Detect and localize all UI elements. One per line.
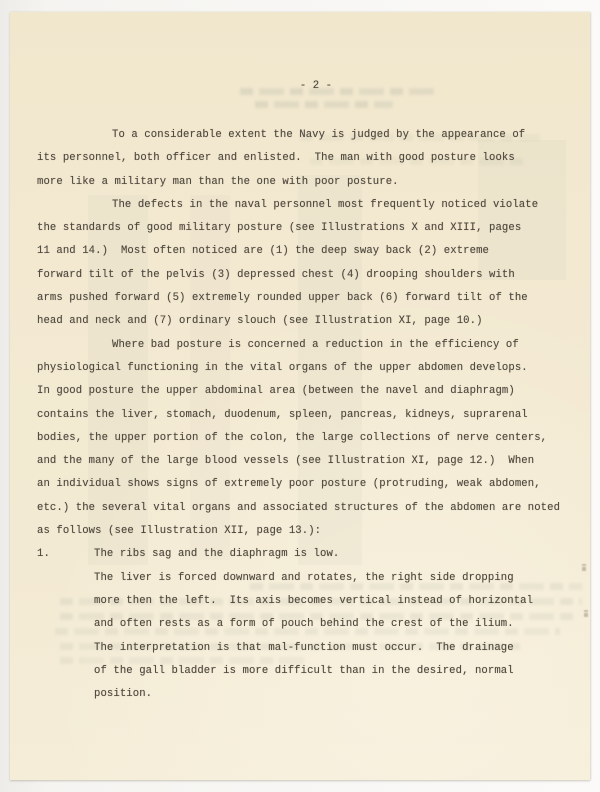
- text-line: The defects in the naval personnel most …: [37, 194, 582, 217]
- text-line: 11 and 14.) Most often noticed are (1) t…: [37, 240, 582, 263]
- list-item-line: 1.The ribs sag and the diaphragm is low.: [37, 543, 582, 566]
- text-line: more then the left. Its axis becomes ver…: [37, 590, 582, 613]
- text-line: The liver is forced downward and rotates…: [37, 567, 582, 590]
- text-line: The interpretation is that mal-function …: [37, 637, 582, 660]
- margin-mark: [584, 610, 588, 617]
- list-item-marker: 1.: [37, 543, 94, 566]
- text-line: In good posture the upper abdominal area…: [37, 380, 582, 403]
- text-line: as follows (see Illustration XII, page 1…: [37, 520, 582, 543]
- text-line: etc.) the several vital organs and assoc…: [37, 497, 582, 520]
- text-line: forward tilt of the pelvis (3) depressed…: [37, 264, 582, 287]
- document-page: - 2 - To a considerable extent the Navy …: [10, 12, 590, 780]
- text-line: physiological functioning in the vital o…: [37, 357, 582, 380]
- text-line: the standards of good military posture (…: [37, 217, 582, 240]
- text-line: arms pushed forward (5) extremely rounde…: [37, 287, 582, 310]
- scan-background: - 2 - To a considerable extent the Navy …: [0, 0, 600, 792]
- text-line: and the many of the large blood vessels …: [37, 450, 582, 473]
- text-line: To a considerable extent the Navy is jud…: [37, 124, 582, 147]
- list-item-text: The ribs sag and the diaphragm is low.: [94, 548, 339, 560]
- text-line: more like a military man than the one wi…: [37, 171, 582, 194]
- text-line: position.: [37, 683, 582, 706]
- text-line: Where bad posture is concerned a reducti…: [37, 334, 582, 357]
- text-line: of the gall bladder is more difficult th…: [37, 660, 582, 683]
- text-line: bodies, the upper portion of the colon, …: [37, 427, 582, 450]
- text-line: and often rests as a form of pouch behin…: [37, 613, 582, 636]
- bleedthrough-text: [255, 101, 393, 108]
- text-line: head and neck and (7) ordinary slouch (s…: [37, 310, 582, 333]
- text-line: its personnel, both officer and enlisted…: [37, 147, 582, 170]
- text-line: contains the liver, stomach, duodenum, s…: [37, 404, 582, 427]
- text-line: an individual shows signs of extremely p…: [37, 473, 582, 496]
- margin-mark: [582, 564, 586, 571]
- document-body: To a considerable extent the Navy is jud…: [37, 124, 582, 706]
- page-number: - 2 -: [26, 80, 600, 92]
